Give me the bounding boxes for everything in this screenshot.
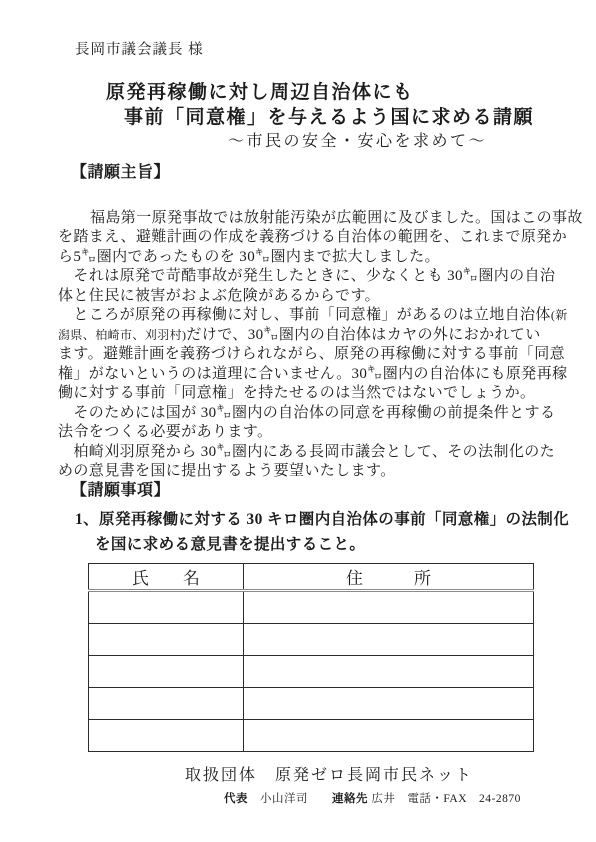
- address-cell-empty: [244, 624, 534, 656]
- name-cell-empty: [89, 720, 244, 752]
- petition-subtitle: ～市民の安全・安心を求めて～: [228, 128, 487, 151]
- items-section-heading: 【請願事項】: [71, 477, 170, 500]
- body-segment-normal: だけで、30㌔圏内の自治体はカヤの外におかれてい ます。避難計画を義務づけられな…: [58, 327, 568, 480]
- signature-table: 氏 名 住 所: [88, 563, 534, 752]
- address-cell-empty: [244, 656, 534, 688]
- name-cell-empty: [89, 591, 244, 624]
- handling-organization-line: 取扱団体 原発ゼロ長岡市民ネット: [185, 762, 473, 785]
- address-cell-empty: [244, 591, 534, 624]
- representative-label: 代表: [224, 793, 248, 805]
- representative-name: 小山洋司: [248, 793, 332, 805]
- purpose-section-heading: 【請願主旨】: [71, 159, 170, 182]
- name-cell-empty: [89, 624, 244, 656]
- signature-row: [89, 591, 534, 624]
- signature-row: [89, 656, 534, 688]
- signature-row: [89, 720, 534, 752]
- contact-line: 代表 小山洋司 連絡先 広井 電話・FAX 24-2870: [224, 790, 521, 806]
- petition-title-line1: 原発再稼働に対し周辺自治体にも: [106, 77, 414, 104]
- petition-title-line2: 事前「同意権」を与えるよう国に求める請願: [124, 102, 534, 129]
- signature-row: [89, 624, 534, 656]
- signature-row: [89, 688, 534, 720]
- column-header-name: 氏 名: [89, 564, 244, 591]
- signature-table-header-row: 氏 名 住 所: [89, 564, 534, 591]
- name-cell-empty: [89, 688, 244, 720]
- contact-label: 連絡先: [332, 793, 368, 805]
- body-segment-normal: 福島第一原発事故では放射能汚染が広範囲に及びました。国はこの事故 を踏まえ、避難…: [58, 210, 583, 324]
- address-cell-empty: [244, 688, 534, 720]
- column-header-address: 住 所: [244, 564, 534, 591]
- name-cell-empty: [89, 656, 244, 688]
- contact-info: 広井 電話・FAX 24-2870: [368, 793, 521, 805]
- address-cell-empty: [244, 720, 534, 752]
- petition-document-page: 長岡市議会議長 様 原発再稼働に対し周辺自治体にも 事前「同意権」を与えるよう国…: [0, 0, 596, 842]
- petition-item-1: 1、原発再稼働に対する 30 キロ圏内自治体の事前「同意権」の法制化 を国に求め…: [55, 507, 595, 557]
- petition-body: 福島第一原発事故では放射能汚染が広範囲に及びました。国はこの事故 を踏まえ、避難…: [58, 189, 558, 501]
- addressee-line: 長岡市議会議長 様: [75, 38, 204, 59]
